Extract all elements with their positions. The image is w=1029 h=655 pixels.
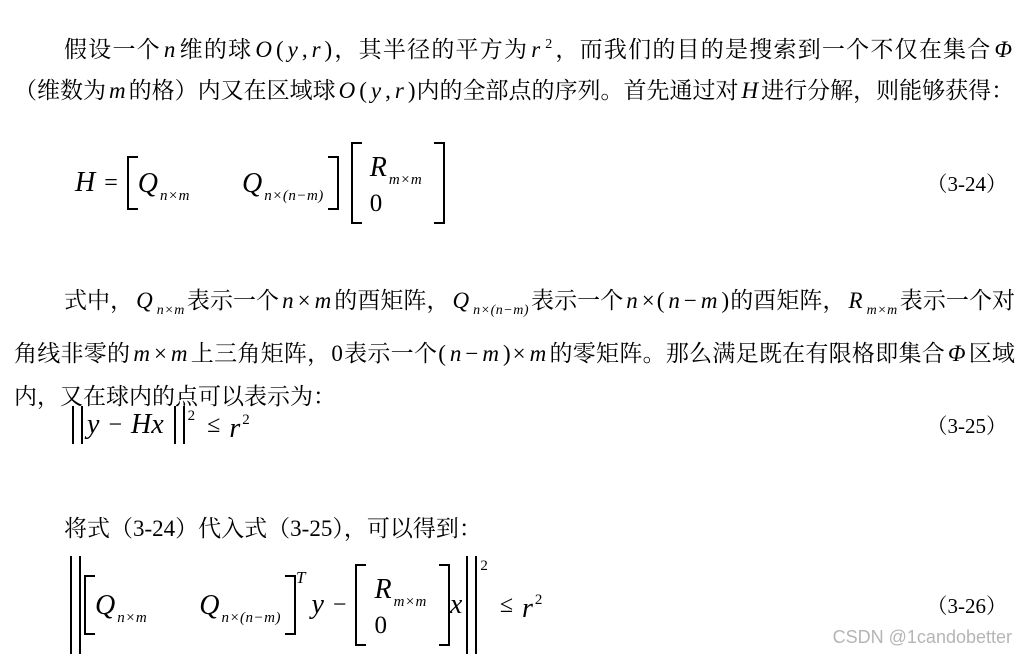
subscript-nx-n-m: n×(n−m) (221, 610, 281, 626)
superscript-2: 2 (535, 592, 543, 608)
text-segment: y (285, 37, 301, 62)
text-segment: ) (502, 341, 512, 366)
text-segment: n (623, 288, 641, 313)
equation-326: Qn×m Qn×(n−m) T y − Rm×m 0 x 2 ≤ r2 (70, 556, 542, 654)
text-segment: × (512, 341, 527, 366)
text-segment: 表示一个 (187, 288, 279, 313)
text-segment: 的零矩阵。那么满足既在有限格即集合 (549, 341, 945, 366)
text-segment: − (683, 288, 698, 313)
text-segment: m×m (866, 303, 900, 318)
text-segment: n (279, 288, 297, 313)
text-segment: n (161, 37, 179, 62)
equation-number-325: （3-25） (927, 410, 1008, 440)
document-page: 假设一个n维的球O(y,r)，其半径的平方为r2，而我们的目的是搜索到一个不仅在… (0, 0, 1029, 655)
text-segment: r (528, 37, 543, 62)
subscript-mxm: m×m (389, 172, 422, 188)
math-zero: 0 (370, 190, 383, 218)
text-segment: × (641, 288, 656, 313)
matrix-right-bracket (439, 564, 450, 646)
text-segment: Φ (945, 341, 969, 366)
left-bracket (127, 156, 138, 210)
math-R-mxm: Rm×m (374, 574, 426, 611)
less-equal-sign: ≤ (500, 592, 513, 619)
right-bracket (285, 575, 296, 635)
matrix-column: Rm×m 0 (366, 567, 438, 644)
equation-number-324: （3-24） (927, 168, 1008, 198)
math-var-r: r (229, 413, 240, 444)
text-segment: 进行分解，则能够获得： (761, 78, 1014, 103)
equation-row-325: y − H x 2 ≤ r2 （3-25） (0, 400, 1029, 450)
text-segment: ( (656, 288, 666, 313)
math-r-squared: r2 (229, 412, 249, 445)
text-segment: ) (324, 37, 334, 62)
text-segment: − (464, 341, 479, 366)
paragraph-intro: 假设一个n维的球O(y,r)，其半径的平方为r2，而我们的目的是搜索到一个不仅在… (14, 24, 1015, 111)
math-Q-nxm: Qn×m (95, 590, 147, 627)
matrix-R-0: Rm×m 0 (355, 564, 449, 646)
text-segment: m (168, 341, 191, 366)
equals-sign: = (104, 170, 118, 197)
text-segment: n×m (156, 303, 187, 318)
matrix-left-bracket (351, 142, 362, 224)
text-segment: 0 (330, 341, 344, 366)
text-segment: ) (721, 288, 731, 313)
text-segment: Φ (992, 37, 1016, 62)
text-segment: , (384, 78, 392, 103)
math-var-x: x (450, 589, 462, 621)
subscript-nxm: n×m (117, 610, 147, 626)
math-var-Q: Q (138, 168, 158, 199)
text-segment: ，而我们的目的是搜索到一个不仅在集合 (554, 37, 991, 62)
text-segment: m (312, 288, 335, 313)
text-segment: （维数为 (14, 78, 106, 103)
paragraph-substitution: 将式（3-24）代入式（3-25），可以得到： (14, 507, 1015, 550)
text-segment: 内的全部点的序列。首先通过对 (417, 78, 739, 103)
left-norm-bars (72, 406, 83, 444)
subscript-mxm: m×m (394, 594, 427, 610)
math-var-H: H (131, 409, 151, 441)
text-segment: n×(n−m) (472, 303, 531, 318)
math-var-R: R (370, 152, 387, 183)
minus-sign: − (108, 412, 122, 439)
text-segment: m (106, 78, 129, 103)
text-segment: y (368, 78, 384, 103)
text-segment: r (392, 78, 407, 103)
paragraph-explanation: 式中，Qn×m表示一个n×m的酉矩阵，Qn×(n−m)表示一个n×(n−m)的酉… (14, 279, 1015, 418)
text-segment: H (739, 78, 762, 103)
text-segment: 维的球 (178, 37, 252, 62)
text-segment: ( (358, 78, 368, 103)
math-Q-nxm: Qn×m (138, 168, 190, 205)
math-r-squared: r2 (522, 592, 542, 625)
math-var-r: r (522, 593, 533, 624)
norm-superscript-2: 2 (480, 558, 488, 575)
matrix-right-bracket (434, 142, 445, 224)
csdn-watermark: CSDN @1candobetter (833, 627, 1012, 648)
math-var-x: x (151, 409, 163, 441)
text-segment: ) (407, 78, 417, 103)
text-segment: 上三角矩阵， (191, 341, 331, 366)
math-var-H: H (75, 167, 95, 199)
text-segment: m (130, 341, 153, 366)
text-segment: n (665, 288, 683, 313)
left-bracket (84, 575, 95, 635)
norm-superscript-2: 2 (188, 408, 196, 425)
subscript-nxm: n×m (160, 188, 190, 204)
transpose-superscript-T: T (296, 568, 305, 588)
text-segment: r (309, 37, 324, 62)
math-var-R: R (374, 574, 391, 605)
text-segment: n (447, 341, 465, 366)
text-segment: m (698, 288, 721, 313)
left-norm-bars (70, 556, 81, 654)
text-segment: 假设一个 (64, 37, 161, 62)
minus-sign: − (333, 592, 347, 619)
equation-number-326: （3-26） (927, 590, 1008, 620)
math-Q-nxnm: Qn×(n−m) (199, 590, 281, 627)
text-segment: m (527, 341, 550, 366)
subscript-nx-n-m: n×(n−m) (264, 188, 324, 204)
text-segment: O (252, 37, 275, 62)
less-equal-sign: ≤ (207, 412, 220, 439)
math-var-Q: Q (242, 168, 262, 199)
math-var-y: y (87, 409, 99, 441)
text-segment: R (846, 288, 866, 313)
math-var-y: y (311, 589, 323, 621)
matrix-left-bracket (355, 564, 366, 646)
text-segment: × (153, 341, 168, 366)
matrix-R-0: Rm×m 0 (351, 142, 445, 224)
text-segment: m (479, 341, 502, 366)
superscript-2: 2 (242, 412, 250, 428)
matrix-column: Rm×m 0 (362, 145, 434, 222)
text-segment: 的酉矩阵， (730, 288, 845, 313)
text-segment: ( (275, 37, 285, 62)
math-Q-nxnm: Qn×(n−m) (242, 168, 324, 205)
text-segment: Q (133, 288, 156, 313)
text-segment: Q (450, 288, 473, 313)
text-segment: 表示一个 (531, 288, 623, 313)
text-segment: ，其半径的平方为 (333, 37, 528, 62)
text-segment: 的格）内又在区域球 (129, 78, 336, 103)
text-segment: 式中， (64, 288, 133, 313)
text-segment: 表示一个 (344, 341, 437, 366)
math-var-Q: Q (199, 590, 219, 621)
equation-325: y − H x 2 ≤ r2 (72, 406, 250, 444)
text-segment: O (336, 78, 359, 103)
text-segment: 将式（3-24）代入式（3-25），可以得到： (64, 516, 482, 541)
equation-row-324: H = Qn×m Qn×(n−m) Rm×m 0 （3-24） (0, 139, 1029, 227)
math-var-Q: Q (95, 590, 115, 621)
text-segment: , (301, 37, 309, 62)
equation-324: H = Qn×m Qn×(n−m) Rm×m 0 (75, 142, 445, 224)
text-segment: 2 (543, 37, 554, 52)
math-zero: 0 (374, 612, 387, 640)
right-norm-bars (174, 406, 185, 444)
text-segment: ( (437, 341, 447, 366)
text-segment: × (297, 288, 312, 313)
right-norm-bars (466, 556, 477, 654)
right-bracket (328, 156, 339, 210)
text-segment: 的酉矩阵， (334, 288, 449, 313)
math-R-mxm: Rm×m (370, 152, 422, 189)
